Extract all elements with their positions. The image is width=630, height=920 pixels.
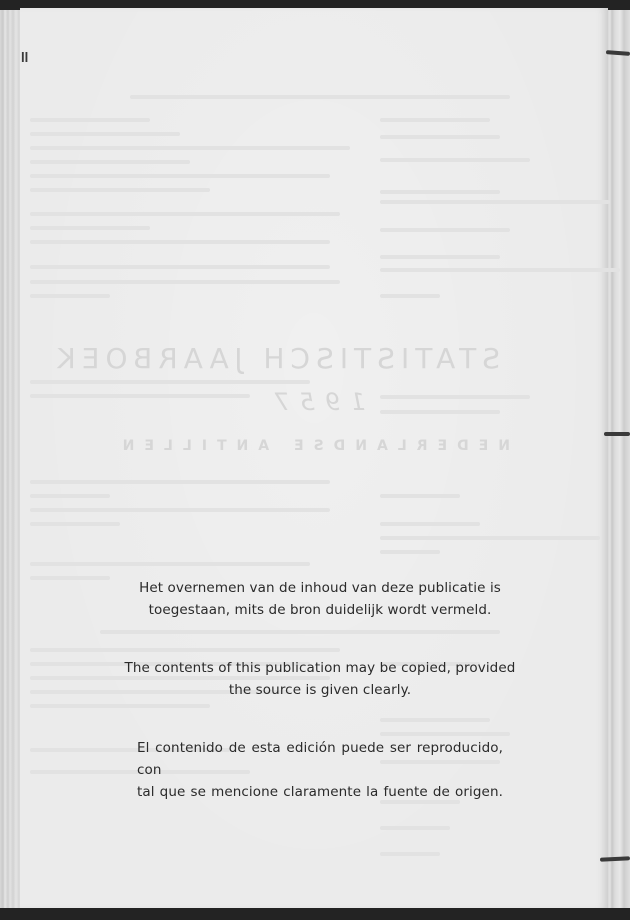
notice-line: tal que se mencione claramente la fuente… xyxy=(137,781,503,803)
copyright-notice-dutch: Het overnemen van de inhoud van deze pub… xyxy=(120,577,520,621)
page-stack-left-edge xyxy=(0,10,22,908)
page-number: II xyxy=(21,51,28,66)
page-stack-right-edge xyxy=(606,10,630,908)
notice-line: The contents of this publication may be … xyxy=(120,657,520,679)
copyright-notice-english: The contents of this publication may be … xyxy=(120,657,520,701)
notice-line: the source is given clearly. xyxy=(120,679,520,701)
page-tab-marker xyxy=(604,432,630,436)
notice-line: toegestaan, mits de bron duidelijk wordt… xyxy=(120,599,520,621)
copyright-notice-spanish: El contenido de esta edición puede ser r… xyxy=(137,737,503,803)
notice-line: Het overnemen van de inhoud van deze pub… xyxy=(120,577,520,599)
notice-line: El contenido de esta edición puede ser r… xyxy=(137,737,503,781)
